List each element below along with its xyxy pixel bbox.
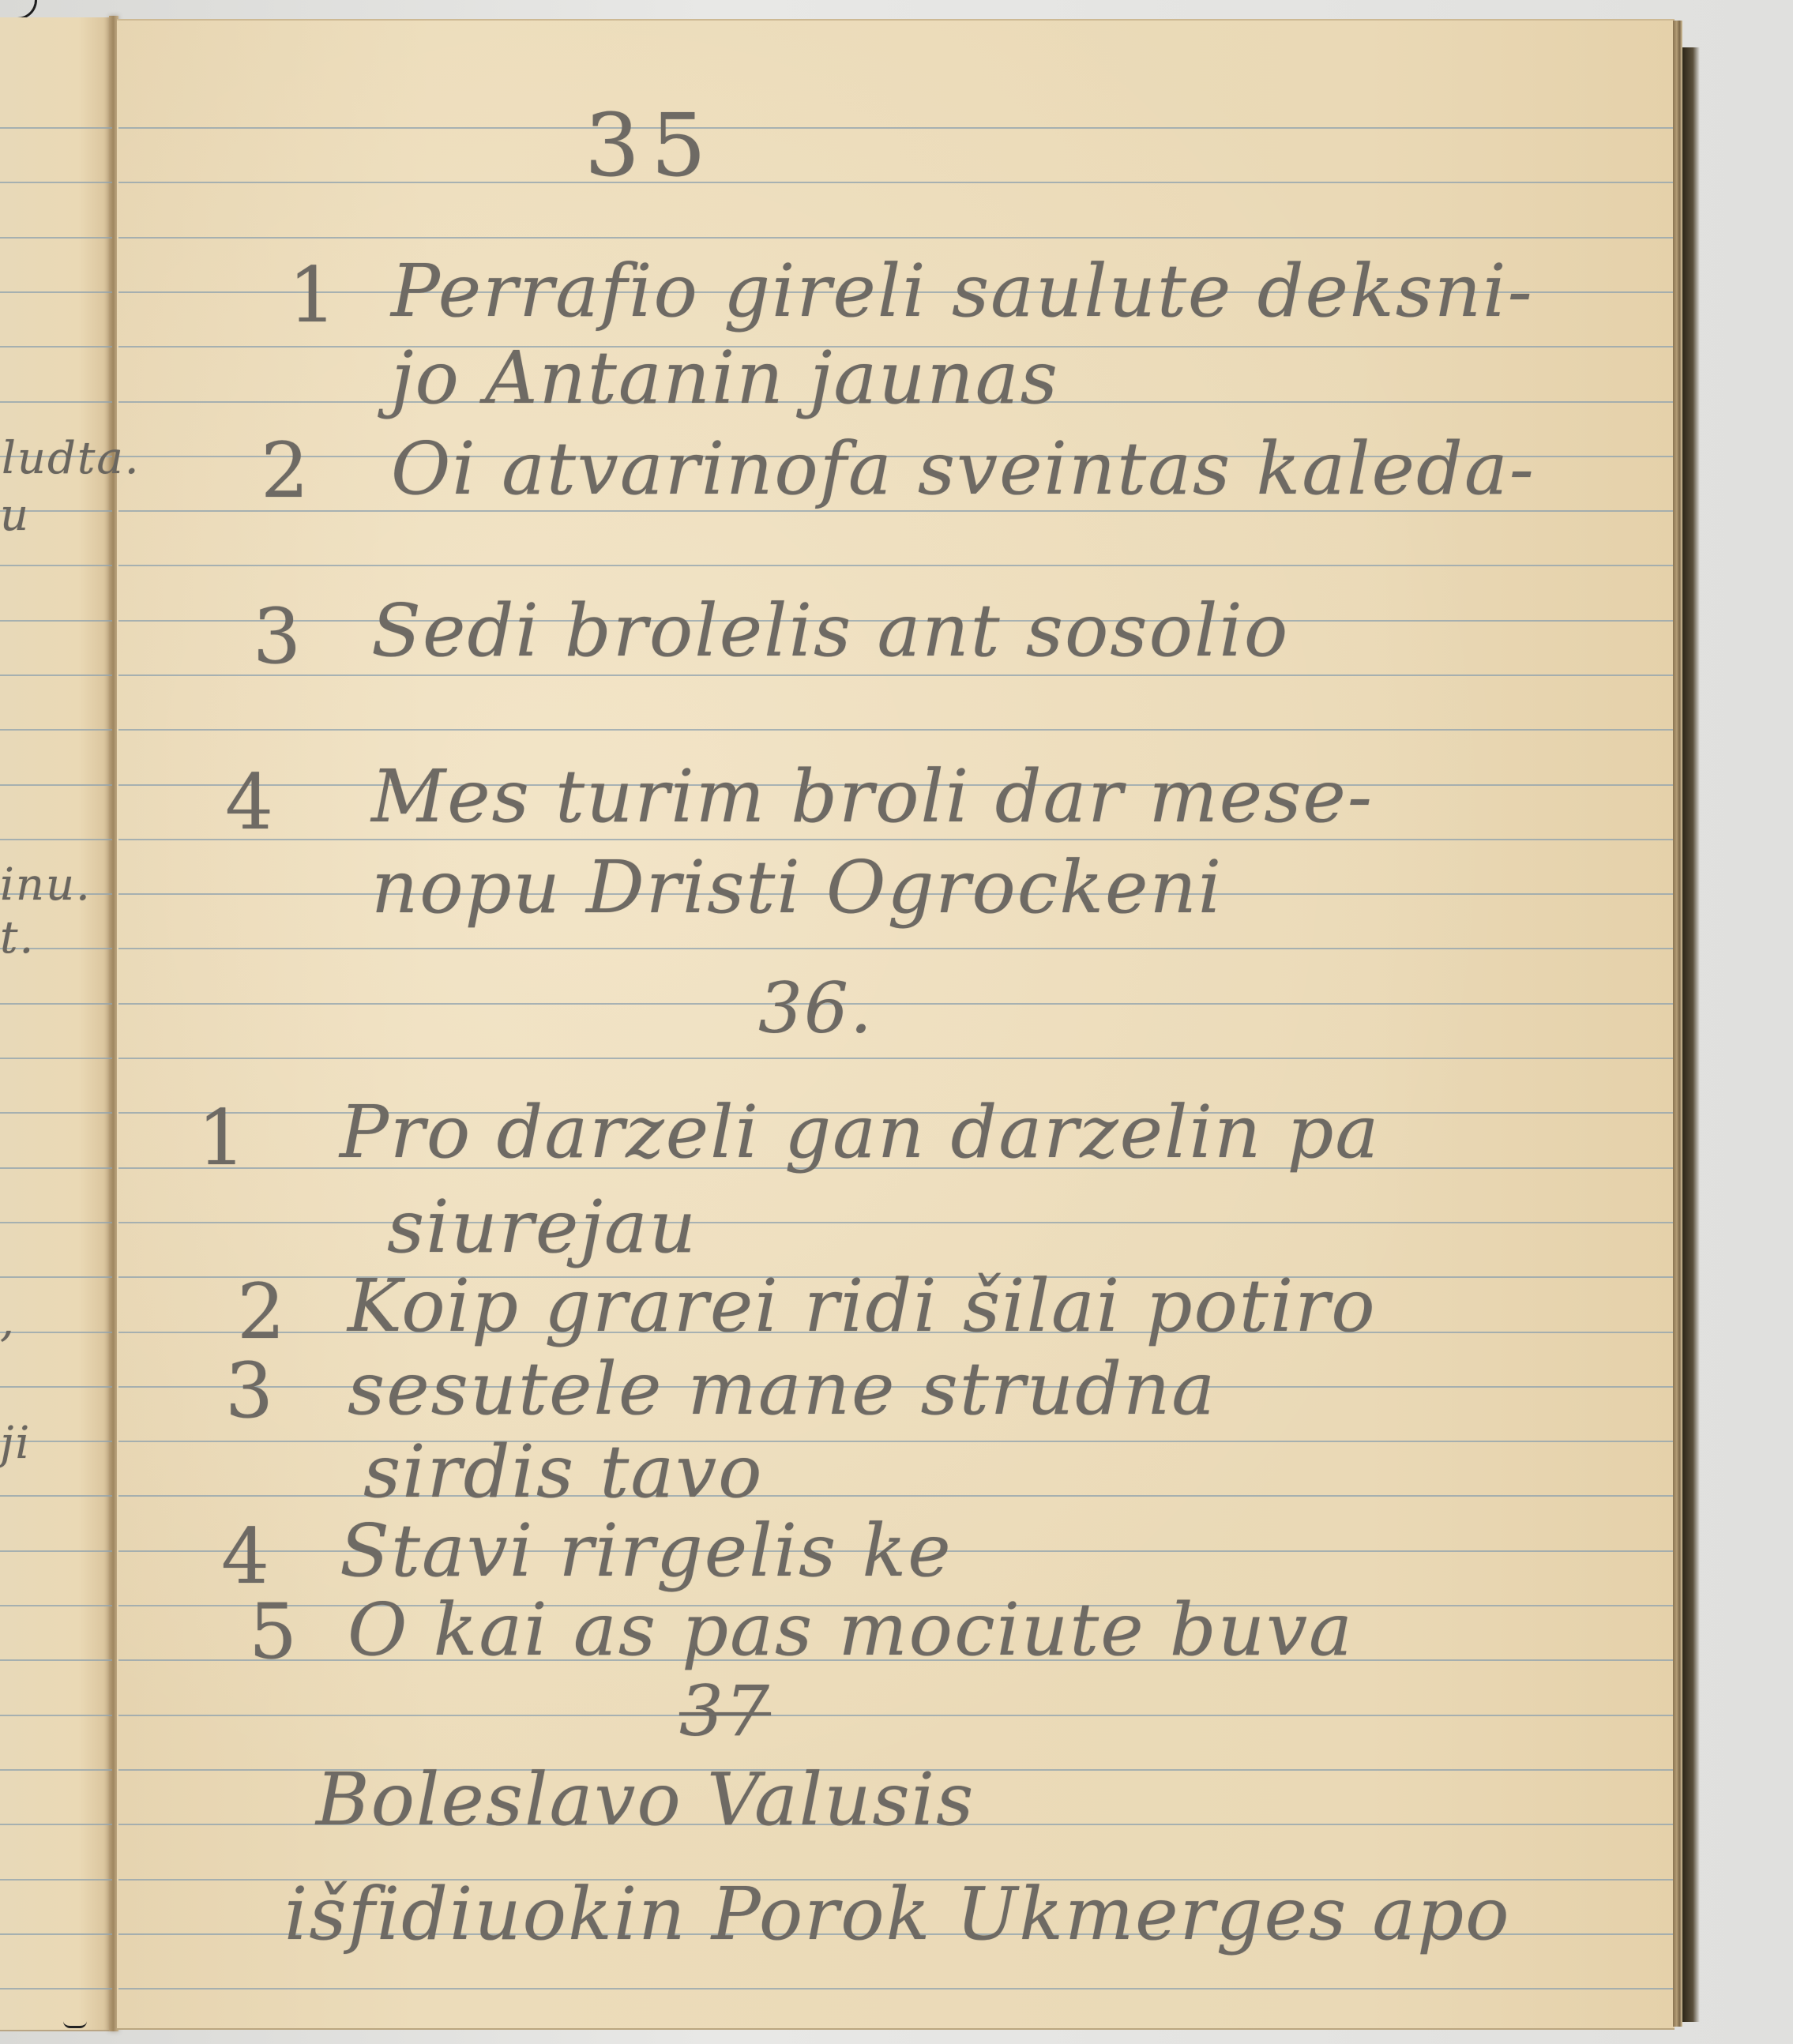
- ruled-line: [118, 1715, 1673, 1716]
- ruled-line: [0, 1276, 112, 1278]
- item-line: sirdis tavo: [363, 1430, 764, 1514]
- left-page-fragment: ji: [0, 1418, 31, 1469]
- left-page-fragment: inu.: [0, 859, 92, 911]
- section-heading-35: 35: [585, 95, 717, 196]
- ruled-line: [118, 839, 1673, 840]
- ruled-line: [0, 237, 112, 239]
- item-line: Perrafio gireli saulute deksni-: [391, 249, 1534, 333]
- item-number: 5: [249, 1587, 299, 1676]
- left-page: [0, 17, 112, 2031]
- left-page-fragment: ,: [0, 1295, 16, 1347]
- ruled-line: [0, 1167, 112, 1169]
- ruled-line: [118, 1441, 1673, 1442]
- ruled-line: [0, 565, 112, 566]
- item-line: Oi atvarinofa sveintas kaleda-: [391, 426, 1536, 511]
- ruled-line: [118, 565, 1673, 566]
- ruled-line: [0, 1003, 112, 1005]
- item-number: 2: [237, 1268, 287, 1356]
- ruled-line: [118, 127, 1673, 129]
- item-line: Pro darzeli gan darzelin pa: [340, 1090, 1380, 1174]
- signature-line: išfidiuokin Porok Ukmerges apo: [284, 1872, 1511, 1956]
- section-heading-36: 36.: [758, 968, 874, 1049]
- ruled-line: [0, 182, 112, 183]
- ruled-line: [0, 1386, 112, 1388]
- signature-line: Boleslavo Valusis: [316, 1757, 975, 1842]
- item-line: siurejau: [387, 1185, 697, 1269]
- ruled-line: [0, 1988, 112, 1990]
- ruled-line: [0, 1495, 112, 1497]
- ruled-line: [118, 729, 1673, 731]
- left-page-fragment: t.: [0, 912, 35, 964]
- item-number: 4: [225, 758, 275, 847]
- ruled-line: [0, 1715, 112, 1716]
- ruled-line: [0, 346, 112, 348]
- ruled-line: [0, 1112, 112, 1114]
- ruled-line: [118, 1988, 1673, 1990]
- ruled-line: [0, 620, 112, 622]
- ruled-line: [0, 1605, 112, 1606]
- ruled-line: [118, 1222, 1673, 1223]
- ruled-line: [118, 948, 1673, 949]
- item-number: 3: [253, 592, 303, 681]
- item-line: jo Antanin jaunas: [391, 336, 1059, 420]
- item-number: 3: [225, 1347, 275, 1435]
- item-line: nopu Dristi Ogrockeni: [371, 845, 1223, 930]
- ruled-line: [0, 401, 112, 403]
- ruled-line: [0, 291, 112, 293]
- ruled-line: [0, 1769, 112, 1771]
- item-line: Mes turim broli dar mese-: [371, 754, 1374, 839]
- ruled-line: [118, 182, 1673, 183]
- ruled-line: [0, 1550, 112, 1552]
- ruled-line: [0, 784, 112, 786]
- item-line: O kai as pas mociute buva: [348, 1587, 1354, 1672]
- item-number: 1: [197, 1094, 247, 1182]
- ruled-line: [0, 674, 112, 676]
- ruled-line: [0, 1879, 112, 1881]
- ruled-line: [118, 1058, 1673, 1059]
- page-stack-edge: [1673, 21, 1682, 2027]
- section-heading-37: 37: [679, 1670, 771, 1752]
- ruled-line: [0, 1933, 112, 1935]
- item-line: sesutele mane strudna: [348, 1347, 1216, 1431]
- ruled-line: [0, 1332, 112, 1333]
- item-line: Stavi rirgelis ke: [340, 1509, 953, 1593]
- ruled-line: [0, 1659, 112, 1661]
- ruled-line: [118, 237, 1673, 239]
- binding-thread-bottom: [63, 2021, 87, 2028]
- ruled-line: [0, 1058, 112, 1059]
- item-line: Koip grarei ridi šilai potiro: [348, 1264, 1377, 1348]
- ruled-line: [0, 127, 112, 129]
- ruled-line: [0, 839, 112, 840]
- ruled-line: [0, 1222, 112, 1223]
- ruled-line: [0, 729, 112, 731]
- ruled-line: [118, 1495, 1673, 1497]
- item-number: 2: [261, 426, 310, 515]
- ruled-line: [118, 1003, 1673, 1005]
- left-page-fragment: u: [0, 490, 30, 541]
- ruled-line: [118, 674, 1673, 676]
- item-number: 1: [288, 251, 338, 340]
- ruled-line: [0, 1824, 112, 1825]
- page-shadow: [1682, 47, 1700, 2022]
- left-page-fragment: ludta.: [2, 433, 141, 484]
- item-line: Sedi brolelis ant sosolio: [371, 588, 1289, 673]
